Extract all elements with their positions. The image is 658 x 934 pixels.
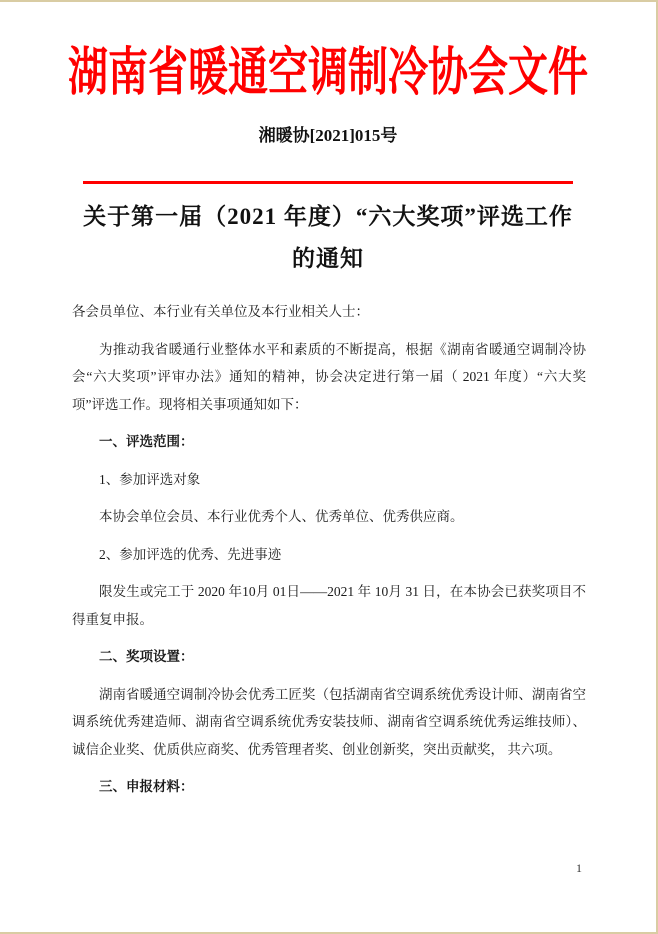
- section-2-heading: 二、奖项设置：: [72, 643, 586, 671]
- page-number: 1: [576, 860, 582, 876]
- org-title-text: 湖南省暖通空调制冷协会文件: [68, 35, 588, 110]
- doc-title-line-2: 的通知: [0, 238, 656, 280]
- doc-title-line-1: 关于第一届（2021 年度）“六大奖项”评选工作: [0, 196, 656, 238]
- section-2-detail: 湖南省暖通空调制冷协会优秀工匠奖（包括湖南省空调系统优秀设计师、湖南省空调系统优…: [72, 681, 586, 764]
- doc-body: 各会员单位、本行业有关单位及本行业相关人士： 为推动我省暖通行业整体水平和素质的…: [72, 298, 586, 801]
- section-1-heading: 一、评选范围：: [72, 428, 586, 456]
- document-page: 湖南省暖通空调制冷协会文件 湘暖协[2021]015号 关于第一届（2021 年…: [0, 0, 658, 934]
- red-divider-rule: [83, 181, 573, 184]
- section-1-item-2-detail: 限发生或完工于 2020 年10月 01日——2021 年 10月 31 日，在…: [72, 578, 586, 633]
- doc-title: 关于第一届（2021 年度）“六大奖项”评选工作 的通知: [0, 196, 656, 280]
- section-1-item-1: 1、参加评选对象: [72, 466, 586, 494]
- intro-paragraph: 为推动我省暖通行业整体水平和素质的不断提高，根据《湖南省暖通空调制冷协会“六大奖…: [72, 336, 586, 419]
- salutation-paragraph: 各会员单位、本行业有关单位及本行业相关人士：: [72, 298, 586, 326]
- section-1-item-1-detail: 本协会单位会员、本行业优秀个人、优秀单位、优秀供应商。: [72, 503, 586, 531]
- section-3-heading: 三、申报材料：: [72, 773, 586, 801]
- org-title: 湖南省暖通空调制冷协会文件: [0, 44, 656, 102]
- section-1-item-2: 2、参加评选的优秀、先进事迹: [72, 541, 586, 569]
- doc-number: 湘暖协[2021]015号: [0, 124, 656, 148]
